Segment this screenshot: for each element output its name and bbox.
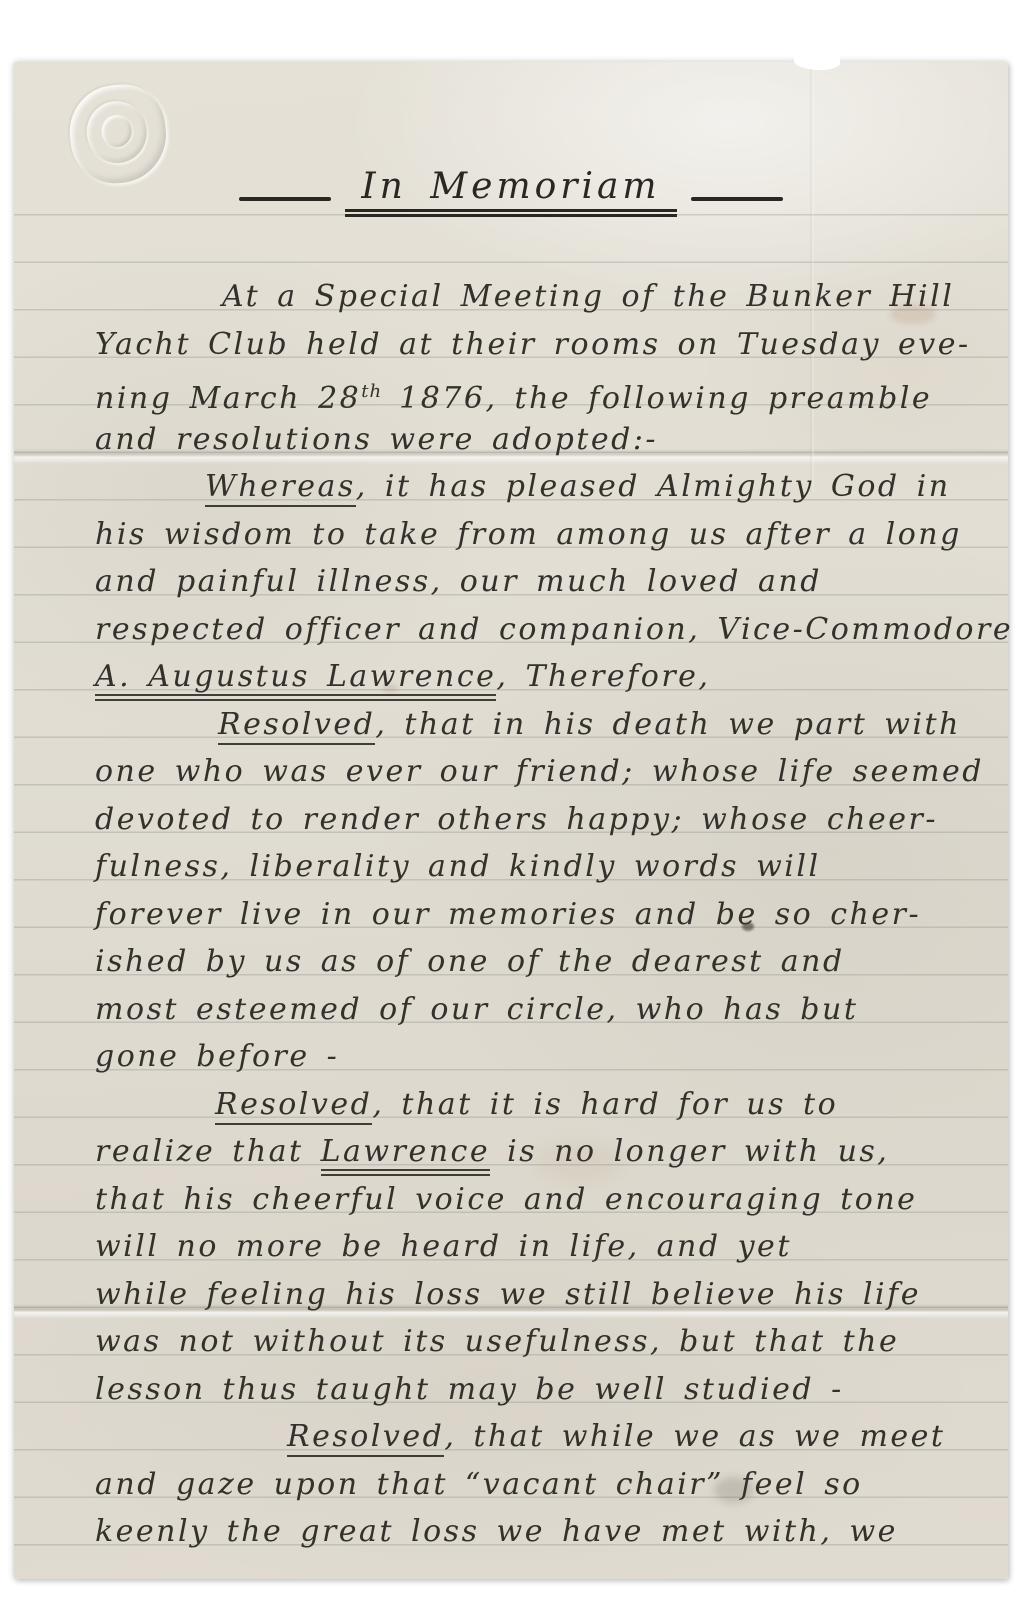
text-line: devoted to render others happy; whose ch… <box>95 796 980 844</box>
text-line: forever live in our memories and be so c… <box>95 891 980 939</box>
document-title: In Memoriam <box>345 166 676 217</box>
line-text: was not without its usefulness, but that… <box>95 1324 899 1359</box>
document-title-row: In Memoriam <box>14 166 1008 217</box>
text-line: that his cheerful voice and encouraging … <box>95 1176 980 1224</box>
text-line: will no more be heard in life, and yet <box>95 1223 980 1271</box>
embossed-crest-ring <box>84 98 150 166</box>
line-text: realize that <box>95 1134 321 1169</box>
line-text: Yacht Club held at their rooms on Tuesda… <box>95 327 971 362</box>
line-text: forever live in our memories and be so c… <box>95 897 921 932</box>
line-text: will no more be heard in life, and yet <box>95 1229 792 1264</box>
text-line: was not without its usefulness, but that… <box>95 1318 980 1366</box>
line-text: , it has pleased Almighty God in <box>356 469 951 504</box>
letter-page: In Memoriam At a Special Meeting of the … <box>14 62 1008 1579</box>
line-text: At a Special Meeting of the Bunker Hill <box>222 279 954 314</box>
line-text: gone before - <box>95 1039 339 1074</box>
line-text: most esteemed of our circle, who has but <box>95 992 858 1027</box>
line-text: lesson thus taught may be well studied - <box>95 1372 844 1407</box>
line-text: ning March 28 <box>95 381 361 416</box>
text-line: keenly the great loss we have met with, … <box>95 1508 980 1556</box>
paper-edge-notch <box>794 53 841 71</box>
embossed-crest-core <box>100 114 133 149</box>
text-line: one who was ever our friend; whose life … <box>95 748 980 796</box>
line-text: and resolutions were adopted:- <box>95 422 658 457</box>
text-line: while feeling his loss we still believe … <box>95 1271 980 1319</box>
text-line: lesson thus taught may be well studied - <box>95 1366 980 1414</box>
text-line: Resolved, that in his death we part with <box>95 701 980 749</box>
line-text: is no longer with us, <box>490 1134 889 1169</box>
line-text: ished by us as of one of the dearest and <box>95 944 845 979</box>
underlined-word-resolved: Resolved <box>287 1419 444 1457</box>
text-line: Resolved, that it is hard for us to <box>95 1081 980 1129</box>
line-text: devoted to render others happy; whose ch… <box>95 802 938 837</box>
text-line: Resolved, that while we as we meet <box>95 1413 980 1461</box>
text-line: and painful illness, our much loved and <box>95 558 980 606</box>
line-text: one who was ever our friend; whose life … <box>95 754 984 789</box>
line-text: , that in his death we part with <box>375 707 961 742</box>
line-text: respected officer and companion, Vice-Co… <box>95 612 1013 647</box>
text-line: ished by us as of one of the dearest and <box>95 938 980 986</box>
text-line: fulness, liberality and kindly words wil… <box>95 843 980 891</box>
underlined-word-resolved: Resolved <box>218 707 375 745</box>
line-text: , Therefore, <box>496 659 710 694</box>
text-line: respected officer and companion, Vice-Co… <box>95 606 980 654</box>
title-dash-right <box>691 197 783 201</box>
line-text: fulness, liberality and kindly words wil… <box>95 849 821 884</box>
line-text: and painful illness, our much loved and <box>95 564 822 599</box>
ordinal-superscript: th <box>361 381 382 402</box>
line-text: that his cheerful voice and encouraging … <box>95 1182 917 1217</box>
underlined-name-lawrence: A. Augustus Lawrence <box>95 659 496 701</box>
text-line: gone before - <box>95 1033 980 1081</box>
line-text: , that it is hard for us to <box>372 1087 838 1122</box>
handwritten-body: At a Special Meeting of the Bunker Hill … <box>95 273 980 1556</box>
text-line: Yacht Club held at their rooms on Tuesda… <box>95 321 980 369</box>
text-line: his wisdom to take from among us after a… <box>95 511 980 559</box>
underlined-name-lawrence: Lawrence <box>321 1134 490 1176</box>
text-line: A. Augustus Lawrence, Therefore, <box>95 653 980 701</box>
line-text: and gaze upon that “vacant chair” feel s… <box>95 1467 863 1502</box>
underlined-word-whereas: Whereas <box>205 469 356 507</box>
text-line: realize that Lawrence is no longer with … <box>95 1128 980 1176</box>
text-line: most esteemed of our circle, who has but <box>95 986 980 1034</box>
text-line: and gaze upon that “vacant chair” feel s… <box>95 1461 980 1509</box>
line-text: , that while we as we meet <box>444 1419 945 1454</box>
text-line: At a Special Meeting of the Bunker Hill <box>95 273 980 321</box>
text-line: ning March 28th 1876, the following prea… <box>95 368 980 416</box>
line-text: 1876, the following preamble <box>382 381 932 416</box>
line-text: his wisdom to take from among us after a… <box>95 517 962 552</box>
underlined-word-resolved: Resolved <box>215 1087 372 1125</box>
line-text: keenly the great loss we have met with, … <box>95 1514 898 1549</box>
text-line: Whereas, it has pleased Almighty God in <box>95 463 980 511</box>
text-line: and resolutions were adopted:- <box>95 416 980 464</box>
line-text: while feeling his loss we still believe … <box>95 1277 921 1312</box>
title-dash-left <box>239 197 331 201</box>
